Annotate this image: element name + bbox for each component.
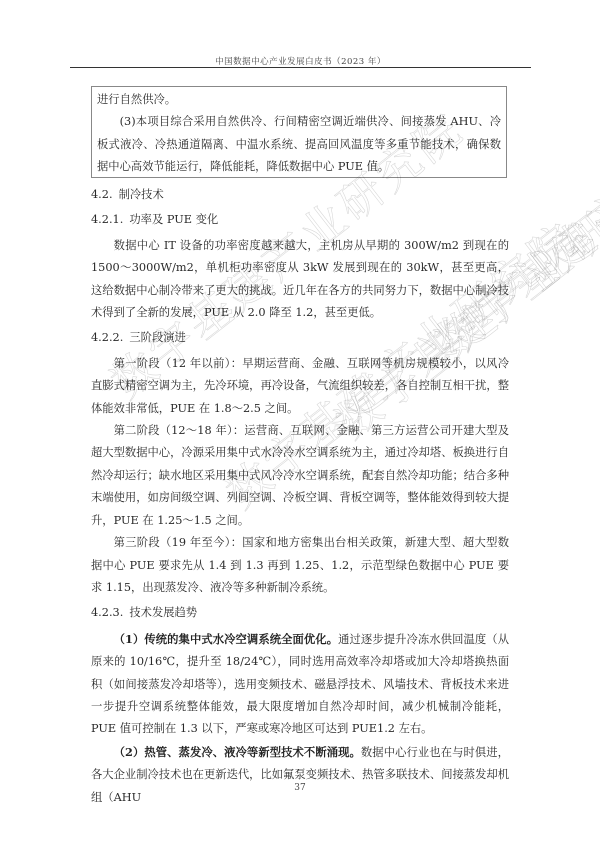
section-number: 4.2.1. — [91, 213, 123, 226]
section-heading-4-2-2: 4.2.2.三阶段演进 — [91, 327, 509, 349]
section-heading-4-2: 4.2.制冷技术 — [91, 184, 509, 206]
section-title: 技术发展趋势 — [129, 606, 197, 619]
section-title: 功率及 PUE 变化 — [129, 213, 218, 226]
paragraph-stage-2: 第二阶段（12～18 年）：运营商、互联网、金融、第三方运营公司开建大型及超大型… — [91, 420, 509, 532]
header-rule — [70, 67, 531, 68]
section-heading-4-2-3: 4.2.3.技术发展趋势 — [91, 602, 509, 624]
trend-2-lead: （2）热管、蒸发冷、液冷等新型技术不断涌现。 — [114, 745, 361, 759]
section-number: 4.2. — [91, 188, 113, 201]
box-continued-line: 进行自然供冷。 — [97, 89, 501, 111]
case-study-box: 进行自然供冷。 (3)本项目综合采用自然供冷、行间精密空调近端供冷、间接蒸发 A… — [91, 86, 507, 178]
box-item-3: (3)本项目综合采用自然供冷、行间精密空调近端供冷、间接蒸发 AHU、冷板式液冷… — [97, 111, 501, 178]
section-number: 4.2.2. — [91, 331, 123, 344]
paragraph-stage-1: 第一阶段（12 年以前）：早期运营商、金融、互联网等机房规模较小，以风冷直膨式精… — [91, 353, 509, 420]
trend-1-lead: （1）传统的集中式水冷空调系统全面优化。 — [114, 632, 339, 646]
paragraph-power-pue: 数据中心 IT 设备的功率密度越来越大，主机房从早期的 300W/m2 到现在的… — [91, 235, 509, 325]
section-title: 三阶段演进 — [129, 331, 186, 344]
section-number: 4.2.3. — [91, 606, 123, 619]
section-heading-4-2-1: 4.2.1.功率及 PUE 变化 — [91, 209, 509, 231]
paragraph-trend-2: （2）热管、蒸发冷、液冷等新型技术不断涌现。数据中心行业也在与时俱进，各大企业制… — [91, 741, 509, 809]
paragraph-trend-1: （1）传统的集中式水冷空调系统全面优化。通过逐步提升冷冻水供回温度（从原来的 1… — [91, 628, 509, 741]
main-content: 4.2.制冷技术 4.2.1.功率及 PUE 变化 数据中心 IT 设备的功率密… — [91, 184, 509, 809]
section-title: 制冷技术 — [119, 188, 164, 201]
paragraph-stage-3: 第三阶段（19 年至今）：国家和地方密集出台相关政策，新建大型、超大型数据中心 … — [91, 532, 509, 599]
running-header: 中国数据中心产业发展白皮书（2023 年） — [70, 55, 531, 67]
document-page: 中国数据中心产业发展白皮书（2023 年） 进行自然供冷。 (3)本项目综合采用… — [0, 0, 600, 848]
trend-1-body: 通过逐步提升冷冻水供回温度（从原来的 10/16℃，提升至 18/24℃），同时… — [91, 633, 509, 736]
page-number: 37 — [0, 783, 600, 793]
